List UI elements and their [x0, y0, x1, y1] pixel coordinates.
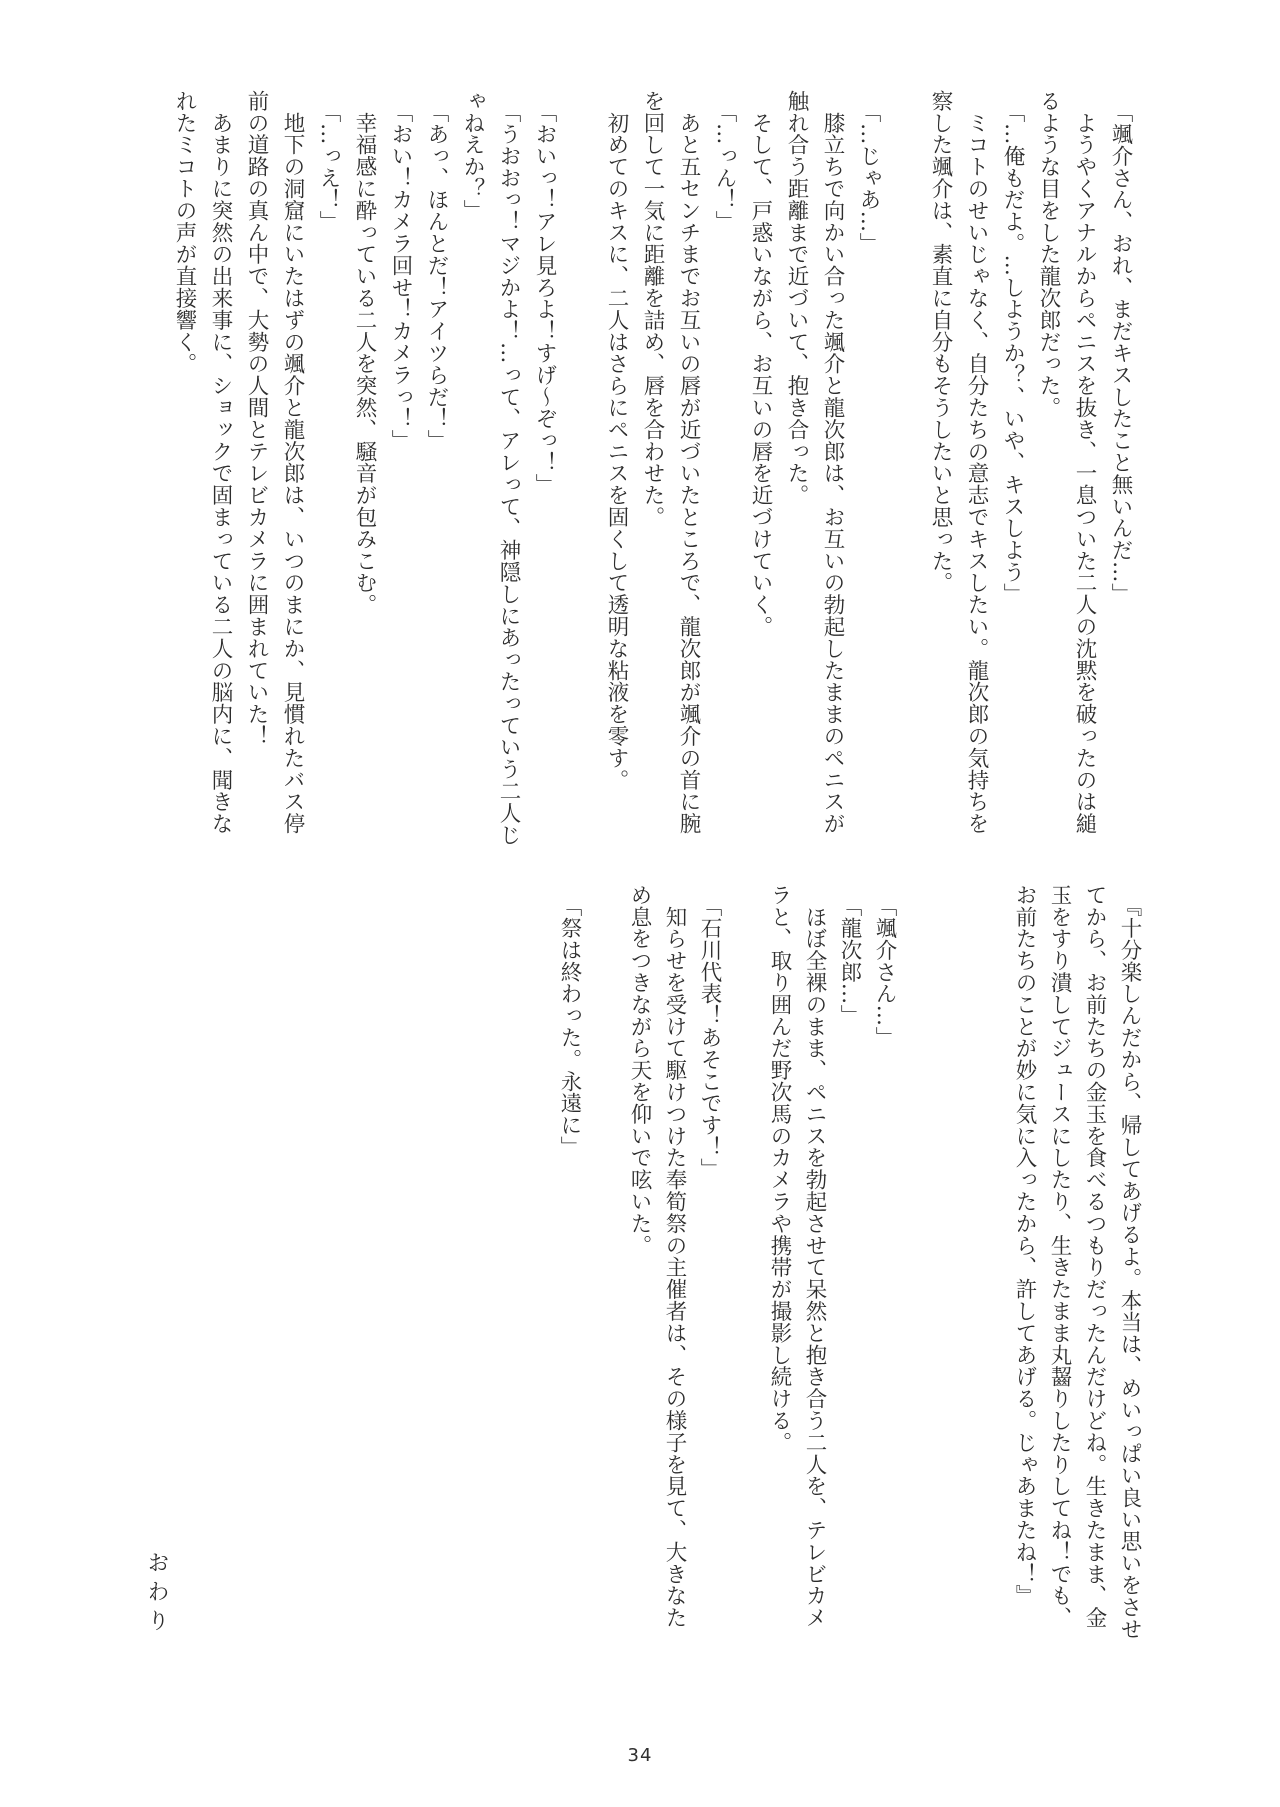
text-column-line: 「颯介さん…」	[867, 884, 902, 1659]
text-column-line: あまりに突然の出来事に、ショックで固まっている二人の脳内に、聞きな	[202, 90, 238, 860]
page-number: 34	[0, 1745, 1280, 1766]
text-column-line: そして、戸惑いながら、お互いの唇を近づけていく。	[742, 90, 778, 860]
text-column-line	[562, 90, 598, 860]
text-column-line: てから、お前たちの金玉を食べるつもりだったんだけどね。生きたまま、金	[1077, 884, 1112, 1659]
text-column-line: 膝立ちで向かい合った颯介と龍次郎は、お互いの勃起したままのペニスが	[814, 90, 850, 860]
text-column-line	[587, 884, 622, 1659]
text-column-line	[937, 884, 972, 1659]
text-column-line: 「…俺もだよ。…しようか？、いや、キスしよう」	[994, 90, 1030, 860]
text-column-line: 「祭は終わった。永遠に」	[552, 884, 587, 1659]
text-column-line	[902, 884, 937, 1659]
text-column-line: を回して一気に距離を詰め、唇を合わせた。	[634, 90, 670, 860]
text-column-line: ラと、取り囲んだ野次馬のカメラや携帯が撮影し続ける。	[762, 884, 797, 1659]
text-column-line: 地下の洞窟にいたはずの颯介と龍次郎は、いつのまにか、見慣れたバス停	[274, 90, 310, 860]
text-column-line: 「龍次郎…」	[832, 884, 867, 1659]
text-column-line: るような目をした龍次郎だった。	[1030, 90, 1066, 860]
text-column-line: 「…じゃあ…」	[850, 90, 886, 860]
story-text-block-top: 「颯介さん、おれ、まだキスしたこと無いんだ…」 ようやくアナルからペニスを抜き、…	[166, 90, 1138, 860]
text-column-line: 「おい！カメラ回せ！カメラっ！」	[382, 90, 418, 860]
text-column-line: 「石川代表！あそこです！」	[692, 884, 727, 1659]
text-column-line: お前たちのことが妙に気に入ったから、許してあげる。じゃあまたね！』	[1007, 884, 1042, 1659]
text-column-line: 「…っえ！」	[310, 90, 346, 860]
text-column-line: 察した颯介は、素直に自分もそうしたいと思った。	[922, 90, 958, 860]
text-column-line: 幸福感に酔っている二人を突然、騒音が包みこむ。	[346, 90, 382, 860]
ending-mark: おわり	[145, 1551, 167, 1638]
text-column-line: 知らせを受けて駆けつけた奉筍祭の主催者は、その様子を見て、大きなた	[657, 884, 692, 1659]
text-column-line	[727, 884, 762, 1659]
text-column-line: め息をつきながら天を仰いで呟いた。	[622, 884, 657, 1659]
text-column-line: ほぼ全裸のまま、ペニスを勃起させて呆然と抱き合う二人を、テレビカメ	[797, 884, 832, 1659]
story-text-block-bottom: 『十分楽しんだから、帰してあげるよ。本当は、めいっぱい良い思いをさせてから、お前…	[552, 884, 1147, 1659]
text-column-line: あと五センチまでお互いの唇が近づいたところで、龍次郎が颯介の首に腕	[670, 90, 706, 860]
text-column-line: 初めてのキスに、二人はさらにペニスを固くして透明な粘液を零す。	[598, 90, 634, 860]
text-column-line	[886, 90, 922, 860]
text-column-line: 「颯介さん、おれ、まだキスしたこと無いんだ…」	[1102, 90, 1138, 860]
text-column-line: 『十分楽しんだから、帰してあげるよ。本当は、めいっぱい良い思いをさせ	[1112, 884, 1147, 1659]
text-column-line: 前の道路の真ん中で、大勢の人間とテレビカメラに囲まれていた！	[238, 90, 274, 860]
text-column-line: 「おいっ！アレ見ろよ！すげ〜ぞっ！」	[526, 90, 562, 860]
text-column-line	[972, 884, 1007, 1659]
text-column-line: ようやくアナルからペニスを抜き、一息ついた二人の沈黙を破ったのは縋	[1066, 90, 1102, 860]
novel-page: 「颯介さん、おれ、まだキスしたこと無いんだ…」 ようやくアナルからペニスを抜き、…	[0, 0, 1280, 1807]
text-column-line: 「あっ、ほんとだ！アイツらだ！」	[418, 90, 454, 860]
text-column-line: ゃねえか？」	[454, 90, 490, 860]
text-column-line: ミコトのせいじゃなく、自分たちの意志でキスしたい。龍次郎の気持ちを	[958, 90, 994, 860]
text-column-line: 玉をすり潰してジュースにしたり、生きたまま丸齧りしたりしてね！でも、	[1042, 884, 1077, 1659]
text-column-line: 「…っん！」	[706, 90, 742, 860]
text-column-line: れたミコトの声が直接響く。	[166, 90, 202, 860]
text-column-line: 「うおおっ！マジかよ！…って、アレって、神隠しにあったっていう二人じ	[490, 90, 526, 860]
text-column-line: 触れ合う距離まで近づいて、抱き合った。	[778, 90, 814, 860]
